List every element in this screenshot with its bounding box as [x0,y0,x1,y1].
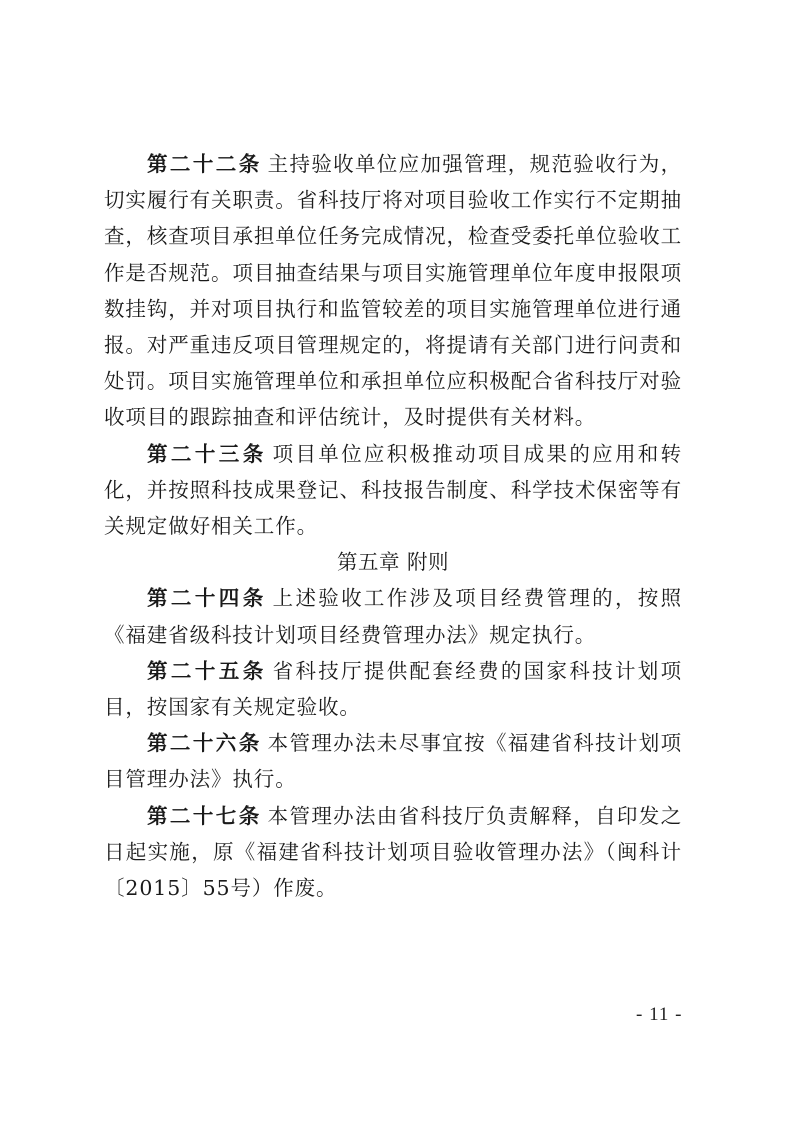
article-24-paragraph: 第二十四条上述验收工作涉及项目经费管理的，按照《福建省级科技计划项目经费管理办法… [104,580,682,652]
article-number: 第二十五条 [147,659,267,683]
article-number: 第二十二条 [147,152,262,176]
article-22-paragraph: 第二十二条主持验收单位应加强管理，规范验收行为，切实履行有关职责。省科技厅将对项… [104,146,682,436]
article-23-paragraph: 第二十三条项目单位应积极推动项目成果的应用和转化，并按照科技成果登记、科技报告制… [104,436,682,545]
article-number: 第二十四条 [147,586,267,610]
page-number: - 11 - [636,1004,682,1026]
chapter-title: 第五章 附则 [104,544,682,580]
article-text: 主持验收单位应加强管理，规范验收行为，切实履行有关职责。省科技厅将对项目验收工作… [104,152,682,429]
article-25-paragraph: 第二十五条省科技厅提供配套经费的国家科技计划项目，按国家有关规定验收。 [104,653,682,725]
article-number: 第二十三条 [147,442,267,466]
article-number: 第二十七条 [147,804,262,828]
article-26-paragraph: 第二十六条本管理办法未尽事宜按《福建省科技计划项目管理办法》执行。 [104,725,682,797]
document-body: 第二十二条主持验收单位应加强管理，规范验收行为，切实履行有关职责。省科技厅将对项… [104,146,682,906]
article-27-paragraph: 第二十七条本管理办法由省科技厅负责解释，自印发之日起实施，原《福建省科技计划项目… [104,798,682,907]
article-number: 第二十六条 [147,731,262,755]
